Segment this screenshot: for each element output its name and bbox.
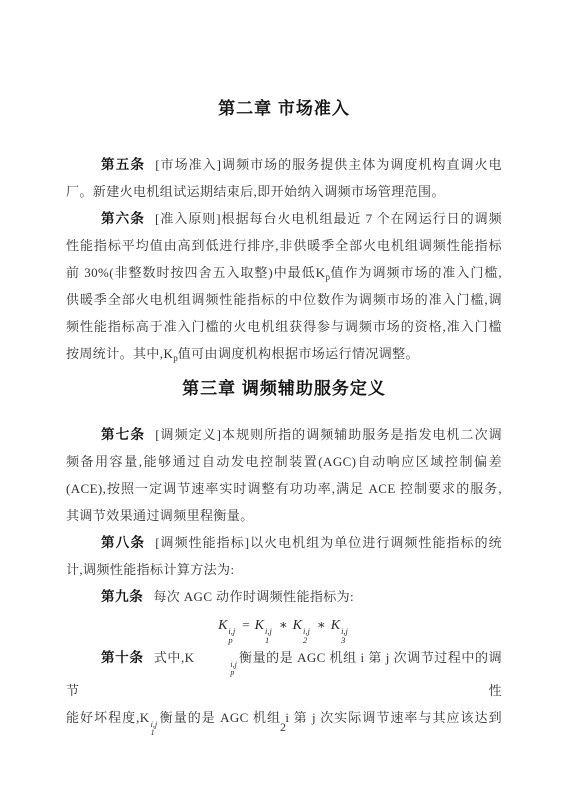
article-10-label: 第十条 xyxy=(101,650,144,665)
article-9-text-1: 每次 AGC 动作时调频性能指标为: xyxy=(153,589,354,604)
article-7-line-2: 频备用容量,能够通过自动发电控制装置(AGC)自动响应区域控制偏差 xyxy=(66,448,502,475)
article-6-line-1: 第六条[准入原则]根据每台火电机组最近 7 个在网运行日的调频 xyxy=(66,205,502,232)
article-5-line-1: 第五条[市场准入]调频市场的服务提供主体为调度机构直调火电 xyxy=(66,151,502,178)
article-6-text-3b: 值作为调频市场的准入门槛, xyxy=(330,265,502,280)
article-6: 第六条[准入原则]根据每台火电机组最近 7 个在网运行日的调频 性能指标平均值由… xyxy=(66,205,502,367)
formula-k3-sub: 3 xyxy=(341,636,345,645)
article-5-text-2: 厂。新建火电机组试运期结束后,即开始纳入调频市场管理范围。 xyxy=(66,184,445,199)
formula-k1-sub: 1 xyxy=(265,636,269,645)
article-6-line-2: 性能指标平均值由高到低进行排序,非供暖季全部火电机组调频性能指标 xyxy=(66,232,502,259)
formula-kp-supsub: i,jp xyxy=(228,627,235,644)
article-6-line-6: 按周统计。其中,Kp值可由调度机构根据市场运行情况调整。 xyxy=(66,340,502,367)
article-8-line-1: 第八条[调频性能指标]以火电机组为单位进行调频性能指标的统 xyxy=(66,529,502,556)
article-10-text-1a: 式中,K xyxy=(154,650,195,665)
article-6-text-4: 供暖季全部火电机组调频性能指标的中位数作为调频市场的准入门槛,调 xyxy=(66,292,502,307)
article-7-label: 第七条 xyxy=(101,427,145,442)
kp-formula: Ki,jp=Ki,j1∗Ki,j2∗Ki,j3 xyxy=(66,610,502,644)
equals-sign: = xyxy=(242,617,249,632)
kp-supsub: i,jp xyxy=(195,661,236,677)
article-7: 第七条[调频定义]本规则所指的调频辅助服务是指发电机二次调 频备用容量,能够通过… xyxy=(66,421,502,529)
article-5: 第五条[市场准入]调频市场的服务提供主体为调度机构直调火电 厂。新建火电机组试运… xyxy=(66,151,502,205)
article-8-text-1: [调频性能指标]以火电机组为单位进行调频性能指标的统 xyxy=(155,535,502,550)
article-8: 第八条[调频性能指标]以火电机组为单位进行调频性能指标的统 计,调频性能指标计算… xyxy=(66,529,502,583)
article-5-text-1: [市场准入]调频市场的服务提供主体为调度机构直调火电 xyxy=(155,157,502,172)
formula-kp-sub: p xyxy=(228,636,232,645)
formula-term-k1: K xyxy=(255,618,264,633)
article-8-line-2: 计,调频性能指标计算方法为: xyxy=(66,556,502,583)
multiply-sign: ∗ xyxy=(317,617,326,632)
formula-k2-sub: 2 xyxy=(303,636,307,645)
article-7-line-4: 其调节效果通过调频里程衡量。 xyxy=(66,502,502,529)
page-content: 第二章 市场准入 第五条[市场准入]调频市场的服务提供主体为调度机构直调火电 厂… xyxy=(66,99,502,737)
formula-term-k3: K xyxy=(331,618,340,633)
article-6-text-6b: 值可由调度机构根据市场运行情况调整。 xyxy=(178,346,419,361)
chapter-2-heading: 第二章 市场准入 xyxy=(66,99,502,119)
formula-term-k2: K xyxy=(293,618,302,633)
formula-k1-supsub: i,j1 xyxy=(265,627,272,644)
article-9: 第九条每次 AGC 动作时调频性能指标为: xyxy=(66,583,502,610)
article-5-label: 第五条 xyxy=(101,157,145,172)
formula-term-kp: K xyxy=(218,618,227,633)
page-number: 2 xyxy=(0,720,566,735)
article-6-text-3a: 前 30%(非整数时按四舍五入取整)中最低K xyxy=(66,265,325,280)
document-page: 第二章 市场准入 第五条[市场准入]调频市场的服务提供主体为调度机构直调火电 厂… xyxy=(0,0,566,800)
article-6-label: 第六条 xyxy=(101,211,145,226)
article-6-text-6a: 按周统计。其中,K xyxy=(66,346,173,361)
article-9-label: 第九条 xyxy=(101,589,143,604)
article-7-text-1: [调频定义]本规则所指的调频辅助服务是指发电机二次调 xyxy=(155,427,502,442)
formula-k3-supsub: i,j3 xyxy=(341,627,348,644)
article-9-line-1: 第九条每次 AGC 动作时调频性能指标为: xyxy=(66,583,502,610)
article-7-text-2: 频备用容量,能够通过自动发电控制装置(AGC)自动响应区域控制偏差 xyxy=(66,454,502,469)
formula-k2-supsub: i,j2 xyxy=(303,627,310,644)
article-7-line-1: 第七条[调频定义]本规则所指的调频辅助服务是指发电机二次调 xyxy=(66,421,502,448)
article-6-text-5: 频性能指标高于准入门槛的火电机组获得参与调频市场的资格,准入门槛 xyxy=(66,319,502,334)
article-7-text-3: (ACE),按照一定调节速率实时调整有功功率,满足 ACE 控制要求的服务, xyxy=(66,481,502,496)
article-6-line-5: 频性能指标高于准入门槛的火电机组获得参与调频市场的资格,准入门槛 xyxy=(66,313,502,340)
article-8-label: 第八条 xyxy=(101,535,145,550)
article-6-line-4: 供暖季全部火电机组调频性能指标的中位数作为调频市场的准入门槛,调 xyxy=(66,286,502,313)
article-7-text-4: 其调节效果通过调频里程衡量。 xyxy=(66,508,254,523)
chapter-3-heading: 第三章 调频辅助服务定义 xyxy=(66,379,502,399)
article-5-line-2: 厂。新建火电机组试运期结束后,即开始纳入调频市场管理范围。 xyxy=(66,178,502,205)
article-10-line-1: 第十条式中,Ki,jp衡量的是 AGC 机组 i 第 j 次调节过程中的调节性 xyxy=(66,644,502,704)
article-6-text-2: 性能指标平均值由高到低进行排序,非供暖季全部火电机组调频性能指标 xyxy=(66,238,502,253)
article-6-text-1: [准入原则]根据每台火电机组最近 7 个在网运行日的调频 xyxy=(155,211,502,226)
article-6-line-3: 前 30%(非整数时按四舍五入取整)中最低Kp值作为调频市场的准入门槛, xyxy=(66,259,502,286)
article-8-text-2: 计,调频性能指标计算方法为: xyxy=(66,562,234,577)
kp-sub: p xyxy=(195,669,234,677)
multiply-sign: ∗ xyxy=(279,617,288,632)
article-7-line-3: (ACE),按照一定调节速率实时调整有功功率,满足 ACE 控制要求的服务, xyxy=(66,475,502,502)
